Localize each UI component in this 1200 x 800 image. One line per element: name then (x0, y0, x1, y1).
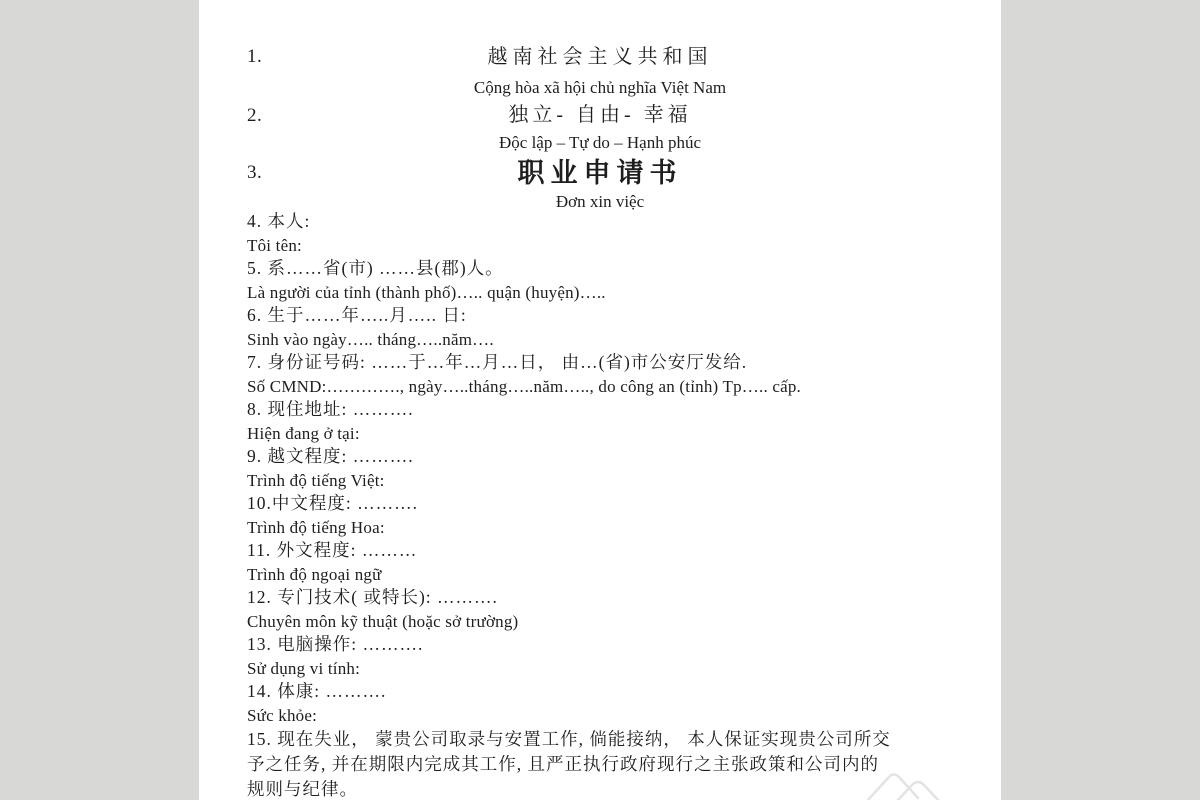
field-health-zh: 14. 体康: ………. (247, 680, 959, 704)
document-header: 1. 越南社会主义共和国 Cộng hòa xã hội chủ nghĩa V… (247, 40, 953, 214)
header-number-1: 1. (247, 40, 262, 74)
field-vietnamese-level-zh: 9. 越文程度: ………. (247, 445, 959, 469)
document-title-vi: Đơn xin việc (556, 192, 644, 211)
header-zh-national-title: 越南社会主义共和国 (488, 46, 713, 68)
document-title-zh: 职业申请书 (518, 158, 683, 188)
header-vi-national-title: Cộng hòa xã hội chủ nghĩa Việt Nam (474, 78, 726, 97)
field-specialty-zh: 12. 专门技术( 或特长): ………. (247, 586, 959, 610)
field-chinese-level-zh: 10.中文程度: ………. (247, 492, 959, 516)
field-computer-skills-zh: 13. 电脑操作: ………. (247, 633, 959, 657)
header-vi-motto: Độc lập – Tự do – Hạnh phúc (499, 133, 701, 152)
field-address-vi: Hiện đang ở tại: (247, 422, 959, 446)
declaration-line-1: 15. 现在失业， 蒙贵公司取录与安置工作, 倘能接纳， 本人保证实现贵公司所交 (247, 727, 959, 752)
screenshot-root: 1. 越南社会主义共和国 Cộng hòa xã hội chủ nghĩa V… (0, 0, 1200, 800)
field-origin-vi: Là người của tỉnh (thành phố)….. quận (h… (247, 281, 959, 305)
declaration-line-3: 规则与纪律。 (247, 777, 959, 800)
header-row-national-title: 1. 越南社会主义共和国 (247, 40, 953, 74)
declaration-line-2: 予之任务, 并在期限内完成其工作, 且严正执行政府现行之主张政策和公司内的 (247, 752, 959, 777)
document-page: 1. 越南社会主义共和国 Cộng hòa xã hội chủ nghĩa V… (199, 0, 1001, 800)
field-chinese-level-vi: Trình độ tiếng Hoa: (247, 516, 959, 540)
field-health-vi: Sức khỏe: (247, 704, 959, 728)
header-row-document-title: 3. 职业申请书 (247, 156, 953, 190)
field-specialty-vi: Chuyên môn kỹ thuật (hoặc sở trường) (247, 610, 959, 634)
field-id-number-vi: Số CMND:…………., ngày…..tháng…..năm….., do… (247, 375, 959, 399)
header-number-2: 2. (247, 101, 262, 130)
header-zh-motto: 独立- 自由- 幸福 (508, 104, 691, 126)
header-number-3: 3. (247, 156, 262, 190)
field-birthdate-zh: 6. 生于……年…..月….. 日: (247, 304, 959, 328)
field-birthdate-vi: Sinh vào ngày….. tháng…..năm…. (247, 328, 959, 352)
field-vietnamese-level-vi: Trình độ tiếng Việt: (247, 469, 959, 493)
field-name-vi: Tôi tên: (247, 234, 959, 258)
field-address-zh: 8. 现住地址: ………. (247, 398, 959, 422)
field-foreign-language-vi: Trình độ ngoại ngữ (247, 563, 959, 587)
header-row-motto-vi: Độc lập – Tự do – Hạnh phúc (247, 130, 953, 156)
field-name-zh: 4. 本人: (247, 210, 959, 234)
field-foreign-language-zh: 11. 外文程度: ……… (247, 539, 959, 563)
field-computer-skills-vi: Sử dụng vi tính: (247, 657, 959, 681)
header-row-national-title-vi: Cộng hòa xã hội chủ nghĩa Việt Nam (247, 74, 953, 101)
header-row-motto: 2. 独立- 自由- 幸福 (247, 101, 953, 130)
form-body: 4. 本人: Tôi tên: 5. 系……省(市) ……县(郡)人。 Là n… (247, 210, 959, 800)
field-id-number-zh: 7. 身份证号码: ……于…年…月…日， 由…(省)市公安厅发给. (247, 351, 959, 375)
field-origin-zh: 5. 系……省(市) ……县(郡)人。 (247, 257, 959, 281)
